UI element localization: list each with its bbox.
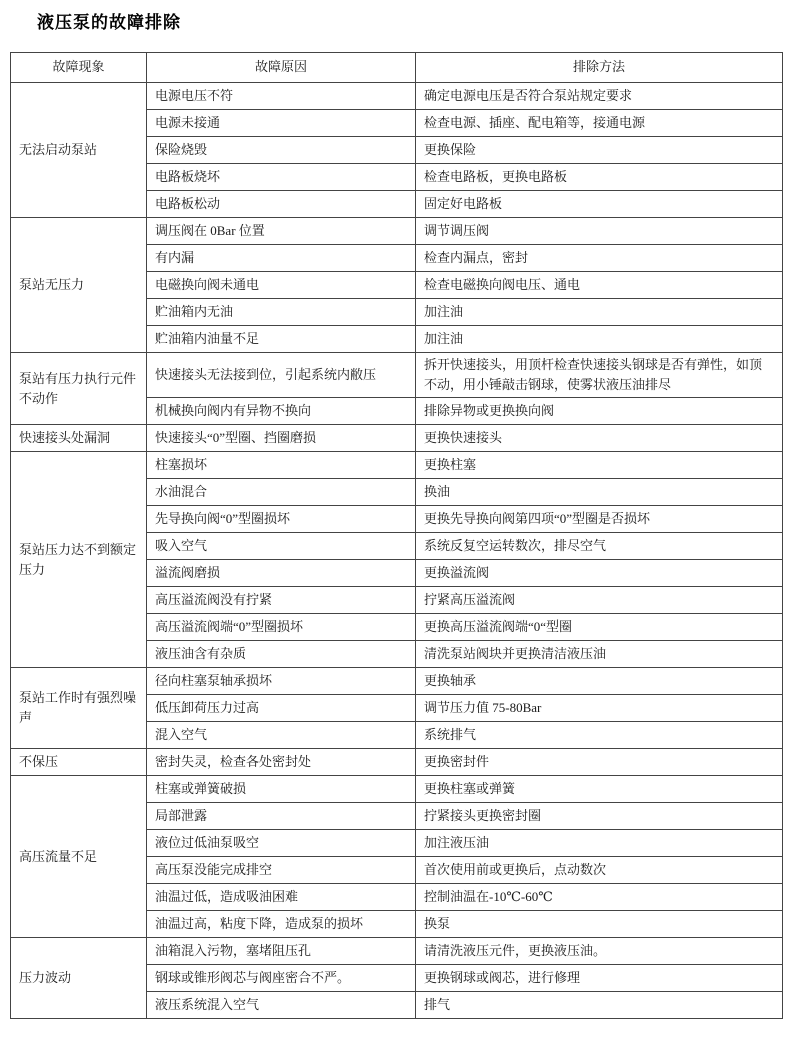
column-header-cause: 故障原因 xyxy=(147,53,416,83)
solution-cell: 更换柱塞 xyxy=(416,452,783,479)
solution-cell: 加注油 xyxy=(416,299,783,326)
cause-cell: 调压阀在 0Bar 位置 xyxy=(147,218,416,245)
solution-cell: 调节调压阀 xyxy=(416,218,783,245)
table-row: 泵站压力达不到额定压力柱塞损坏更换柱塞 xyxy=(11,452,783,479)
solution-cell: 检查电磁换向阀电压、通电 xyxy=(416,272,783,299)
solution-cell: 排气 xyxy=(416,992,783,1019)
cause-cell: 高压溢流阀端“0”型圈损坏 xyxy=(147,614,416,641)
fault-troubleshooting-table: 故障现象 故障原因 排除方法 无法启动泵站电源电压不符确定电源电压是否符合泵站规… xyxy=(10,52,783,1019)
solution-cell: 系统反复空运转数次，排尽空气 xyxy=(416,533,783,560)
solution-cell: 加注液压油 xyxy=(416,830,783,857)
cause-cell: 高压溢流阀没有拧紧 xyxy=(147,587,416,614)
phenomenon-cell: 泵站有压力执行元件不动作 xyxy=(11,353,147,425)
cause-cell: 保险烧毁 xyxy=(147,137,416,164)
solution-cell: 检查内漏点，密封 xyxy=(416,245,783,272)
phenomenon-cell: 泵站无压力 xyxy=(11,218,147,353)
cause-cell: 机械换向阀内有异物不换向 xyxy=(147,398,416,425)
solution-cell: 换泵 xyxy=(416,911,783,938)
solution-cell: 更换轴承 xyxy=(416,668,783,695)
table-row: 快速接头处漏洞快速接头“0”型圈、挡圈磨损更换快速接头 xyxy=(11,425,783,452)
phenomenon-cell: 压力波动 xyxy=(11,938,147,1019)
page-title: 液压泵的故障排除 xyxy=(0,0,790,33)
cause-cell: 水油混合 xyxy=(147,479,416,506)
solution-cell: 控制油温在-10℃-60℃ xyxy=(416,884,783,911)
phenomenon-cell: 快速接头处漏洞 xyxy=(11,425,147,452)
solution-cell: 更换钢球或阀芯，进行修理 xyxy=(416,965,783,992)
table-header-row: 故障现象 故障原因 排除方法 xyxy=(11,53,783,83)
cause-cell: 局部泄露 xyxy=(147,803,416,830)
table-row: 高压流量不足柱塞或弹簧破损更换柱塞或弹簧 xyxy=(11,776,783,803)
table-row: 泵站无压力调压阀在 0Bar 位置调节调压阀 xyxy=(11,218,783,245)
cause-cell: 径向柱塞泵轴承损坏 xyxy=(147,668,416,695)
solution-cell: 加注油 xyxy=(416,326,783,353)
phenomenon-cell: 不保压 xyxy=(11,749,147,776)
solution-cell: 固定好电路板 xyxy=(416,191,783,218)
cause-cell: 有内漏 xyxy=(147,245,416,272)
cause-cell: 电磁换向阀未通电 xyxy=(147,272,416,299)
solution-cell: 拧紧接头更换密封圈 xyxy=(416,803,783,830)
cause-cell: 电源电压不符 xyxy=(147,83,416,110)
cause-cell: 先导换向阀“0”型圈损坏 xyxy=(147,506,416,533)
solution-cell: 系统排气 xyxy=(416,722,783,749)
table-row: 无法启动泵站电源电压不符确定电源电压是否符合泵站规定要求 xyxy=(11,83,783,110)
solution-cell: 检查电源、插座、配电箱等，接通电源 xyxy=(416,110,783,137)
solution-cell: 更换快速接头 xyxy=(416,425,783,452)
solution-cell: 拆开快速接头，用顶杆检查快速接头钢球是否有弹性，如顶不动，用小锤敲击钢球，使雾状… xyxy=(416,353,783,398)
cause-cell: 吸入空气 xyxy=(147,533,416,560)
cause-cell: 贮油箱内油量不足 xyxy=(147,326,416,353)
column-header-solution: 排除方法 xyxy=(416,53,783,83)
cause-cell: 快速接头“0”型圈、挡圈磨损 xyxy=(147,425,416,452)
cause-cell: 混入空气 xyxy=(147,722,416,749)
cause-cell: 液压油含有杂质 xyxy=(147,641,416,668)
cause-cell: 液位过低油泵吸空 xyxy=(147,830,416,857)
cause-cell: 电路板松动 xyxy=(147,191,416,218)
phenomenon-cell: 泵站工作时有强烈噪声 xyxy=(11,668,147,749)
cause-cell: 快速接头无法接到位，引起系统内敝压 xyxy=(147,353,416,398)
phenomenon-cell: 高压流量不足 xyxy=(11,776,147,938)
cause-cell: 低压卸荷压力过高 xyxy=(147,695,416,722)
cause-cell: 贮油箱内无油 xyxy=(147,299,416,326)
phenomenon-cell: 无法启动泵站 xyxy=(11,83,147,218)
solution-cell: 更换高压溢流阀端“0“型圈 xyxy=(416,614,783,641)
phenomenon-cell: 泵站压力达不到额定压力 xyxy=(11,452,147,668)
solution-cell: 检查电路板，更换电路板 xyxy=(416,164,783,191)
solution-cell: 请清洗液压元件，更换液压油。 xyxy=(416,938,783,965)
cause-cell: 柱塞或弹簧破损 xyxy=(147,776,416,803)
solution-cell: 换油 xyxy=(416,479,783,506)
cause-cell: 油温过低，造成吸油困难 xyxy=(147,884,416,911)
table-row: 不保压密封失灵，检查各处密封处更换密封件 xyxy=(11,749,783,776)
solution-cell: 更换保险 xyxy=(416,137,783,164)
solution-cell: 确定电源电压是否符合泵站规定要求 xyxy=(416,83,783,110)
table-row: 泵站工作时有强烈噪声径向柱塞泵轴承损坏更换轴承 xyxy=(11,668,783,695)
solution-cell: 更换溢流阀 xyxy=(416,560,783,587)
cause-cell: 电源未接通 xyxy=(147,110,416,137)
cause-cell: 柱塞损坏 xyxy=(147,452,416,479)
table-body: 无法启动泵站电源电压不符确定电源电压是否符合泵站规定要求电源未接通检查电源、插座… xyxy=(11,83,783,1019)
solution-cell: 排除异物或更换换向阀 xyxy=(416,398,783,425)
cause-cell: 油温过高，粘度下降，造成泵的损坏 xyxy=(147,911,416,938)
cause-cell: 钢球或锥形阀芯与阀座密合不严。 xyxy=(147,965,416,992)
cause-cell: 高压泵没能完成排空 xyxy=(147,857,416,884)
cause-cell: 溢流阀磨损 xyxy=(147,560,416,587)
solution-cell: 调节压力值 75-80Bar xyxy=(416,695,783,722)
cause-cell: 液压系统混入空气 xyxy=(147,992,416,1019)
solution-cell: 首次使用前或更换后，点动数次 xyxy=(416,857,783,884)
solution-cell: 更换先导换向阀第四项“0”型圈是否损坏 xyxy=(416,506,783,533)
column-header-phenomenon: 故障现象 xyxy=(11,53,147,83)
table-row: 泵站有压力执行元件不动作快速接头无法接到位，引起系统内敝压拆开快速接头，用顶杆检… xyxy=(11,353,783,398)
solution-cell: 拧紧高压溢流阀 xyxy=(416,587,783,614)
solution-cell: 更换密封件 xyxy=(416,749,783,776)
document-page: 液压泵的故障排除 故障现象 故障原因 排除方法 无法启动泵站电源电压不符确定电源… xyxy=(0,0,790,1049)
cause-cell: 电路板烧坏 xyxy=(147,164,416,191)
cause-cell: 油箱混入污物，塞堵阻压孔 xyxy=(147,938,416,965)
table-row: 压力波动油箱混入污物，塞堵阻压孔请清洗液压元件，更换液压油。 xyxy=(11,938,783,965)
solution-cell: 更换柱塞或弹簧 xyxy=(416,776,783,803)
cause-cell: 密封失灵，检查各处密封处 xyxy=(147,749,416,776)
solution-cell: 清洗泵站阀块并更换清洁液压油 xyxy=(416,641,783,668)
